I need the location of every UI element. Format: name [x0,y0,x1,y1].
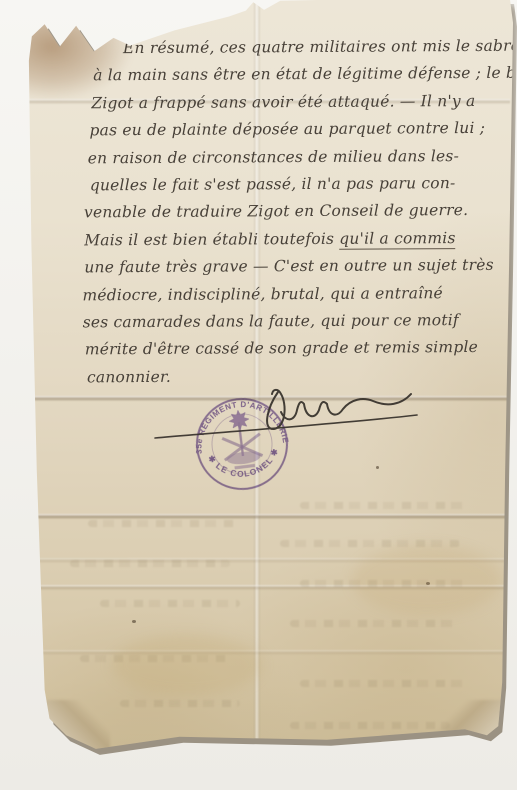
letter-body: En résumé, ces quatre militaires ont mis… [79,33,517,392]
handwriting-line: à la main sans être en état de légitime … [93,60,517,90]
verso-show-through [290,620,460,627]
handwriting-line: ses camarades dans la faute, qui pour ce… [83,307,517,337]
verso-show-through [300,502,470,509]
underlined-phrase: qu'il a commis [339,229,455,250]
letter-paper: En résumé, ces quatre militaires ont mis… [22,0,514,758]
handwriting-line: pas eu de plainte déposée au parquet con… [89,115,517,145]
handwriting-line: en raison de circonstances de milieu dan… [88,142,517,172]
verso-show-through [120,700,240,707]
ink-speck [376,466,379,469]
handwriting-line: une faute très grave — C'est en outre un… [84,252,517,282]
photograph-of-document: En résumé, ces quatre militaires ont mis… [0,0,517,790]
handwriting-line-with-underline: Mais il est bien établi toutefois qu'il … [84,224,517,254]
ink-speck [132,620,136,623]
verso-show-through [70,560,230,567]
handwriting-line: médiocre, indiscipliné, brutal, qui a en… [82,279,517,309]
handwriting-line: quelles le fait s'est passé, il n'a pas … [90,170,517,200]
handwriting-line: mérite d'être cassé de son grade et remi… [85,334,517,364]
verso-show-through [290,722,450,729]
signature-foch [145,382,440,444]
handwriting-line: En résumé, ces quatre militaires ont mis… [123,33,517,63]
bottom-left-corner-curl [40,700,110,752]
verso-show-through [88,520,238,527]
age-stain [112,635,262,695]
verso-show-through [100,600,240,607]
fold-crease-lower [29,514,510,519]
handwriting-line: Zigot a frappé sans avoir été attaqué. —… [91,87,517,117]
age-stain [352,545,502,615]
handwriting-line: venable de traduire Zigot en Conseil de … [84,197,517,227]
handwriting-text: Mais il est bien établi toutefois [84,230,339,250]
verso-show-through [300,680,465,687]
